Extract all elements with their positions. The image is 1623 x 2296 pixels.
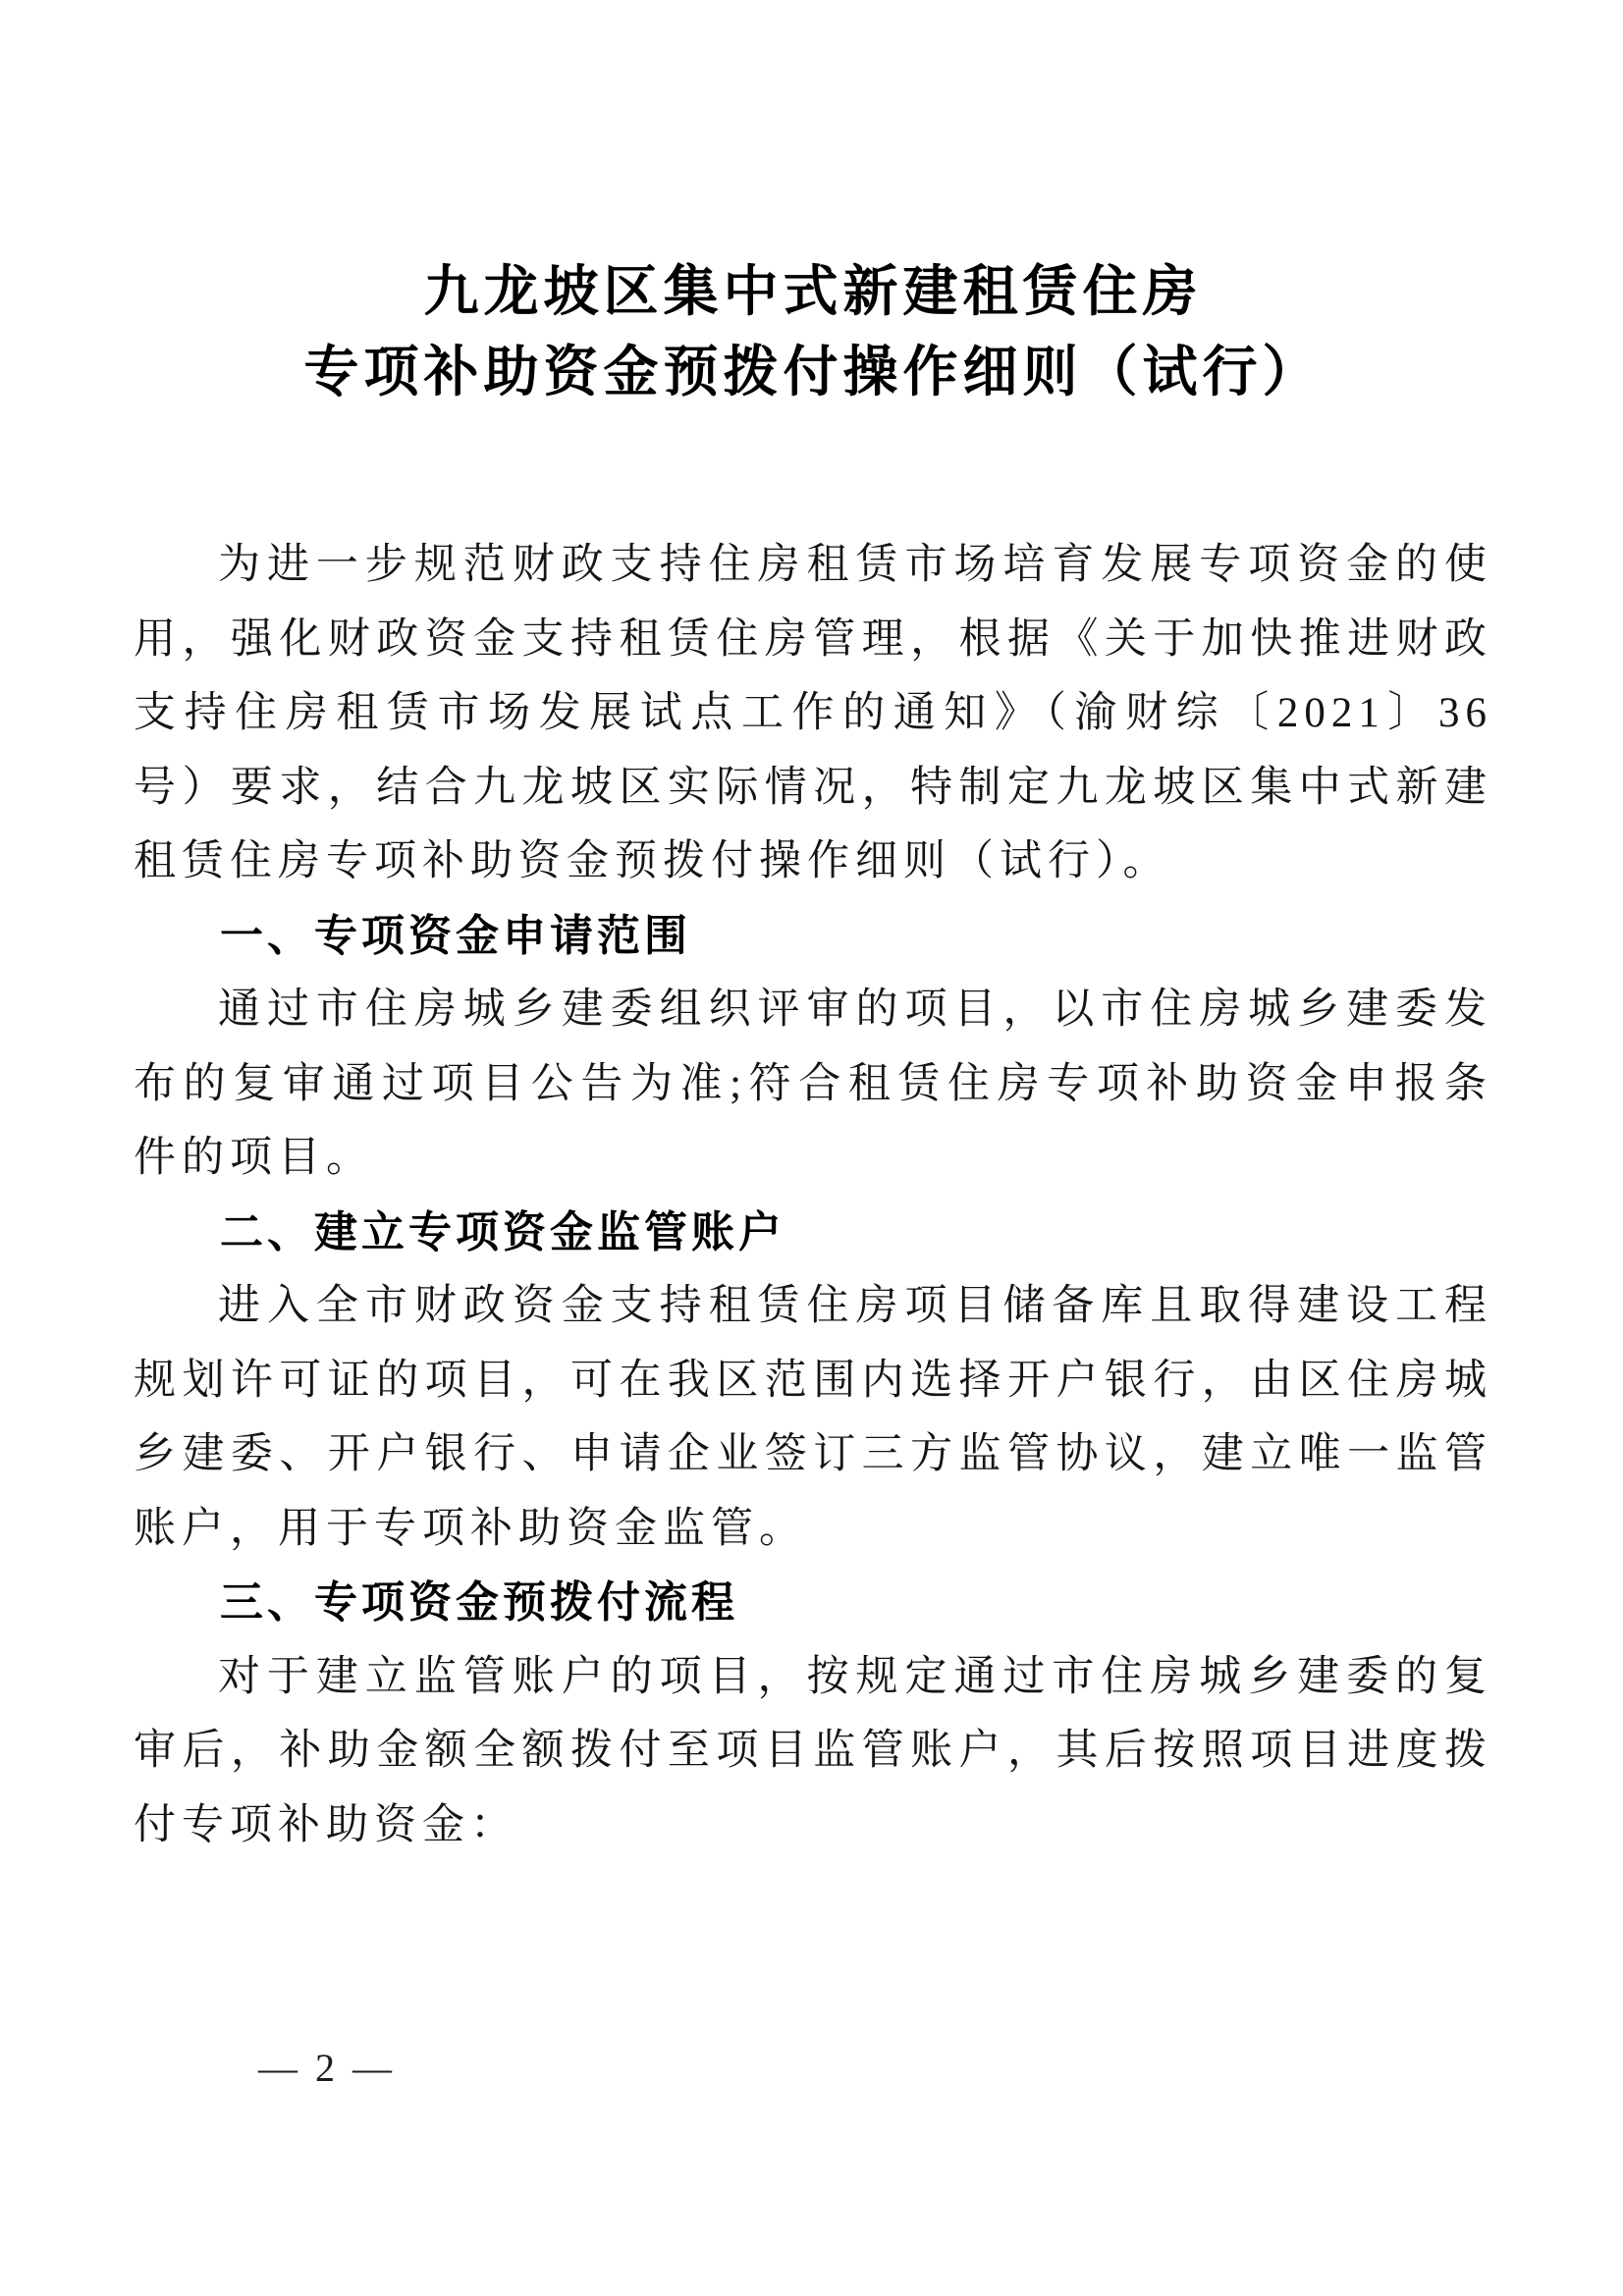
section-heading-2: 二、建立专项资金监管账户 bbox=[134, 1196, 1492, 1270]
title-line-2: 专项补助资金预拨付操作细则（试行） bbox=[134, 332, 1492, 412]
section-1-paragraph: 通过市住房城乡建委组织评审的项目，以市住房城乡建委发布的复审通过项目公告为准;符… bbox=[134, 973, 1492, 1196]
document-canvas: { "document": { "title_line1": "九龙坡区集中式新… bbox=[0, 0, 1623, 2296]
intro-paragraph: 为进一步规范财政支持住房租赁市场培育发展专项资金的使用，强化财政资金支持租赁住房… bbox=[134, 528, 1492, 899]
page-number: — 2 — bbox=[258, 2045, 396, 2091]
section-heading-1: 一、专项资金申请范围 bbox=[134, 899, 1492, 974]
title-line-1: 九龙坡区集中式新建租赁住房 bbox=[134, 251, 1492, 332]
document-page: 九龙坡区集中式新建租赁住房 专项补助资金预拨付操作细则（试行） 为进一步规范财政… bbox=[134, 251, 1492, 1862]
section-3-paragraph: 对于建立监管账户的项目，按规定通过市住房城乡建委的复审后，补助金额全额拨付至项目… bbox=[134, 1640, 1492, 1863]
section-heading-3: 三、专项资金预拨付流程 bbox=[134, 1566, 1492, 1640]
document-body: 为进一步规范财政支持住房租赁市场培育发展专项资金的使用，强化财政资金支持租赁住房… bbox=[134, 528, 1492, 1862]
document-title: 九龙坡区集中式新建租赁住房 专项补助资金预拨付操作细则（试行） bbox=[134, 251, 1492, 412]
section-2-paragraph: 进入全市财政资金支持租赁住房项目储备库且取得建设工程规划许可证的项目，可在我区范… bbox=[134, 1269, 1492, 1566]
